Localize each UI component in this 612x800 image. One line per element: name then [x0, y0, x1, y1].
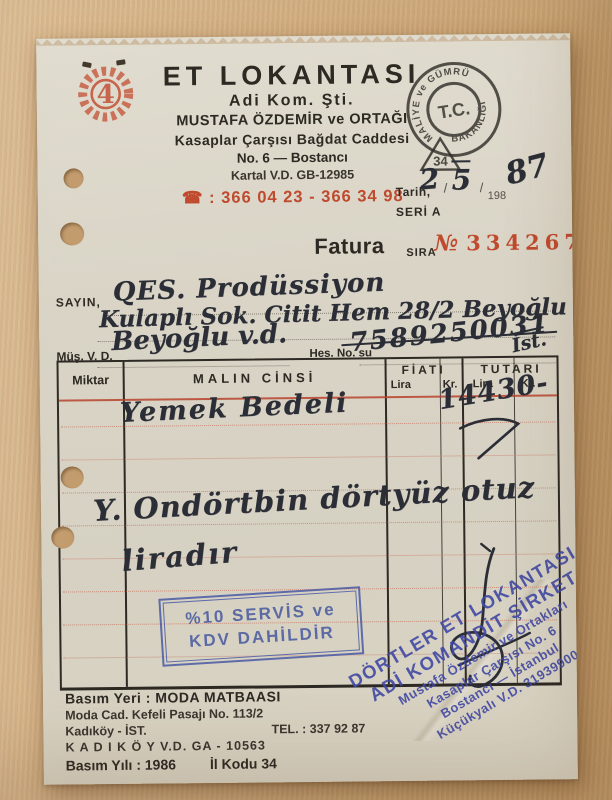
footer-province-code: İl Kodu 34 — [210, 755, 277, 772]
invoice-paper: 4 ET LOKANTASI Adi Kom. Şti. MUSTAFA ÖZD… — [36, 33, 578, 785]
handwritten-flourish — [456, 416, 528, 465]
column-header-description: MALIN CİNSİ — [123, 369, 387, 387]
logo-digit: 4 — [96, 80, 114, 110]
address-line1: Kasaplar Çarşısı Bağdat Caddesi — [139, 130, 445, 149]
footer-district: Kadıköy - İST. — [65, 724, 146, 739]
invoice-number-block: №334267· — [434, 229, 578, 257]
handwritten-day: 2 — [418, 162, 440, 196]
date-separator: / — [480, 180, 484, 195]
company-logo-sun-icon: 4 — [72, 56, 139, 133]
phone-icon: ☎ — [182, 189, 204, 207]
sayin-label: SAYIN, — [56, 295, 101, 309]
footer-phone: TEL. : 337 92 87 — [271, 721, 365, 736]
photo-background-wood-desk: 4 ET LOKANTASI Adi Kom. Şti. MUSTAFA ÖZD… — [0, 0, 612, 800]
perforated-top-edge — [36, 33, 570, 46]
printed-year-prefix: 198 — [488, 190, 506, 202]
service-kdv-stamp: %10 SERVİS ve KDV DAHİLDİR — [158, 586, 364, 667]
footer-print-address: Moda Cad. Kefeli Pasajı No. 113/2 — [65, 705, 375, 722]
sira-label: SIRA — [406, 247, 436, 259]
tax-office-line: Kartal V.D. GB-12985 — [139, 167, 445, 184]
footer-print-house: Basım Yeri : MODA MATBAASI — [65, 687, 375, 706]
column-header-price: FİATI — [385, 362, 463, 377]
phone-numbers: : 366 04 23 - 366 34 98 — [209, 187, 404, 207]
stamp-center-text: T.C. — [437, 98, 472, 123]
punch-hole — [61, 466, 84, 488]
handwritten-year: 87 — [502, 147, 553, 193]
address-line2: No. 6 — Bostancı — [139, 149, 445, 167]
owner-name: MUSTAFA ÖZDEMİR ve ORTAĞI — [139, 111, 445, 130]
punch-hole — [51, 526, 74, 548]
invoice-number: 334267· — [466, 229, 578, 255]
document-type-title: Fatura — [314, 233, 385, 260]
punch-hole — [63, 168, 83, 188]
footer-print-year: Basım Yılı : 1986 — [66, 756, 176, 773]
footer-tax-office: K A D I K Ö Y V.D. GA - 10563 — [65, 737, 375, 754]
serial-label: SERİ A — [396, 205, 442, 219]
numero-symbol: № — [434, 230, 458, 256]
punch-hole — [60, 222, 84, 245]
column-header-quantity: Miktar — [59, 373, 123, 388]
handwritten-month: 5 — [451, 160, 471, 196]
subheader-lira: Lira — [391, 379, 411, 391]
date-separator: / — [444, 181, 448, 196]
printer-footer: Basım Yeri : MODA MATBAASI Moda Cad. Kef… — [65, 687, 376, 773]
